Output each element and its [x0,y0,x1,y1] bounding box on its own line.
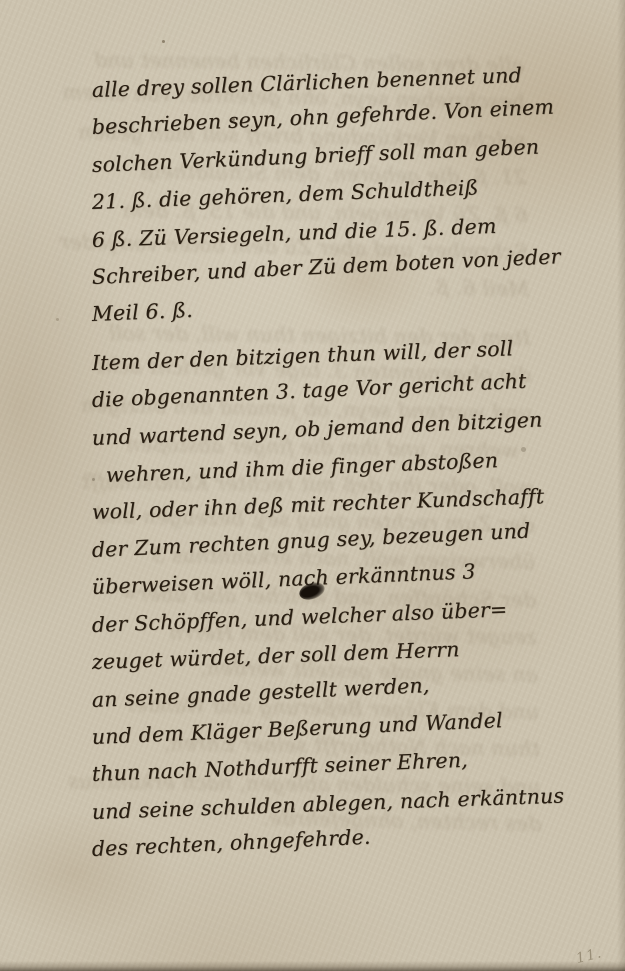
manuscript-page: alle drey sollen Clärlichen benennet und… [0,0,625,971]
page-edge-shadow-bottom [0,961,625,971]
page-edge-shadow-right [617,0,625,971]
handwritten-text-block: alle drey sollen Clärlichen benennet und… [92,72,578,869]
paragraph: alle drey sollen Clärlichen benennet und… [92,72,578,334]
paragraph: Item der den bitzigen thun will, der sol… [92,345,578,869]
